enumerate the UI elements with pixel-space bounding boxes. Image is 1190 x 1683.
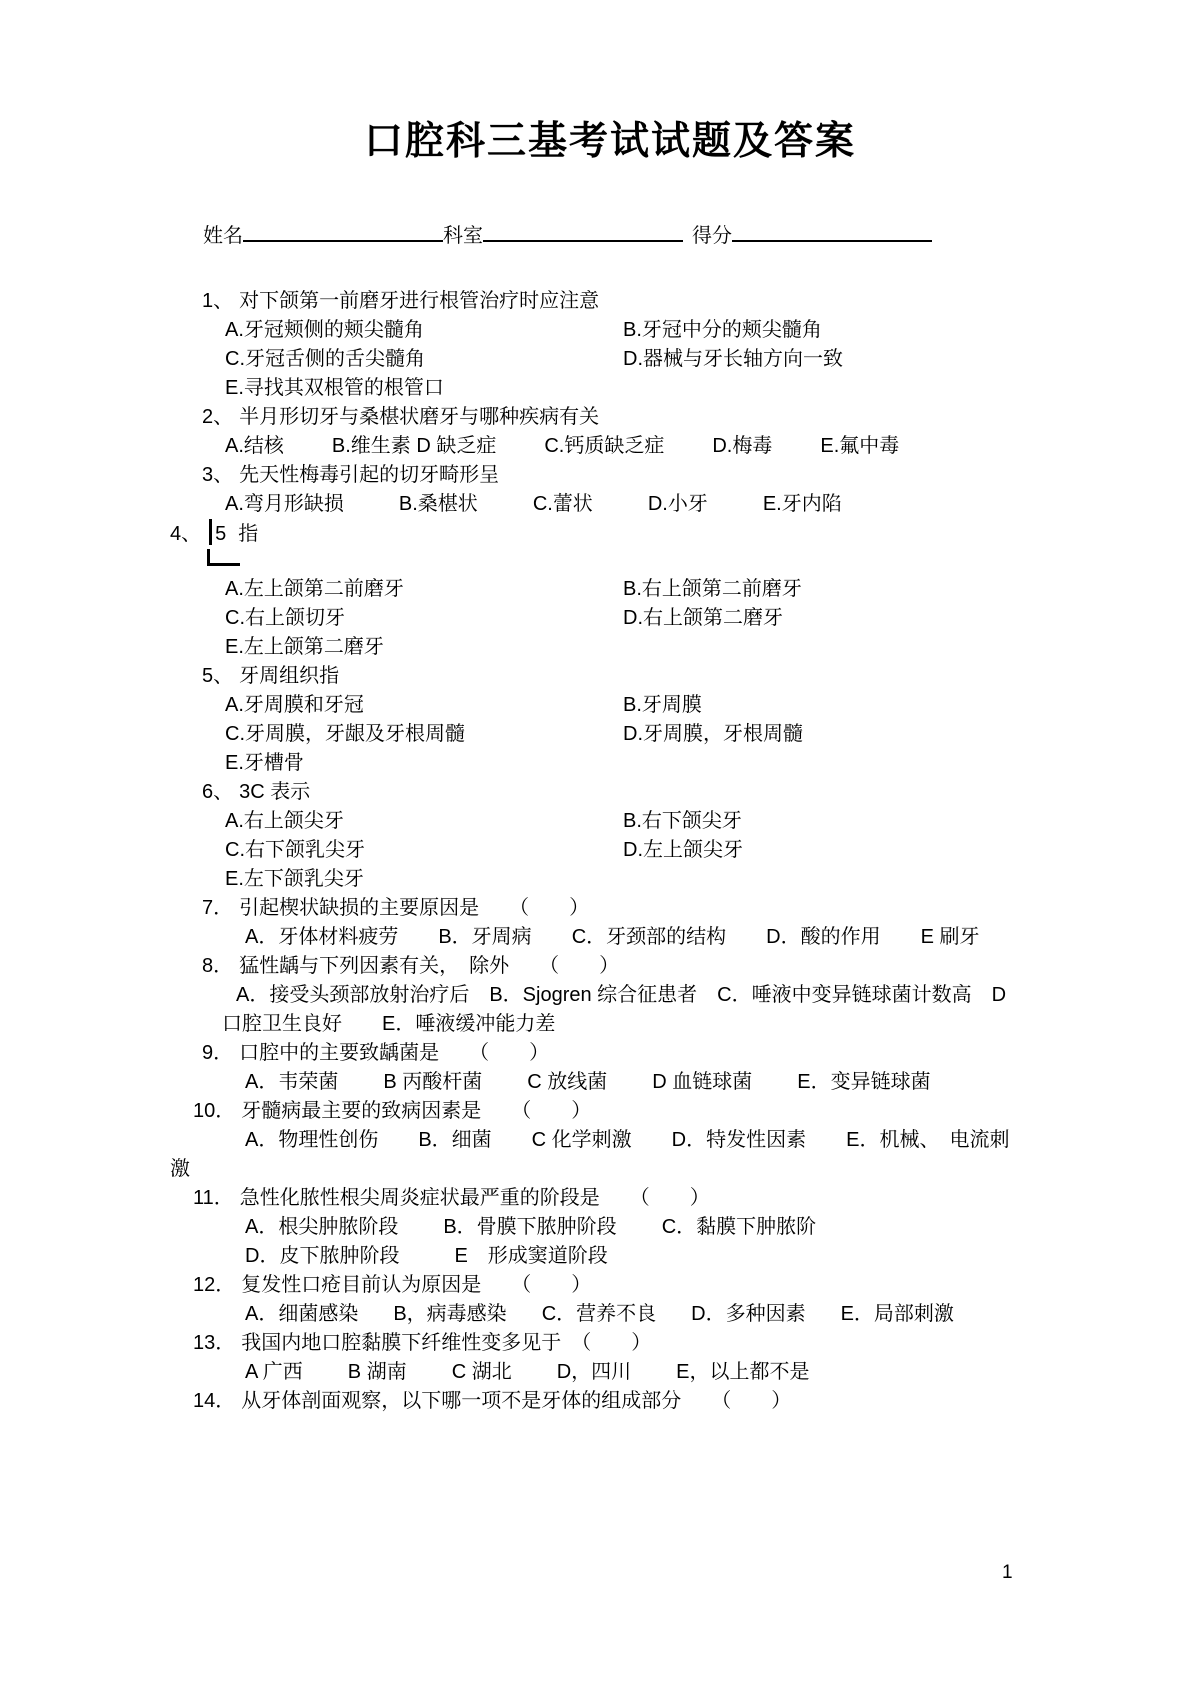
question-number: 6、 [202, 781, 233, 803]
question-13-stem: 13．我国内地口腔黏膜下纤维性变多见于 （ ） [193, 1329, 1050, 1358]
question-number: 13． [193, 1332, 235, 1354]
question-6-stem: 6、3C 表示 [202, 778, 1050, 807]
option-d: D，四川 [557, 1358, 631, 1387]
question-3-options: A.弯月形缺损 B.桑椹状 C.蕾状 D.小牙 E.牙内陷 [225, 490, 1050, 519]
option-e: E.寻找其双根管的根管口 [225, 374, 623, 403]
question-number: 3、 [202, 464, 233, 486]
page-number: 1 [1002, 1562, 1013, 1584]
question-stem-text: 半月形切牙与桑椹状磨牙与哪种疾病有关 [239, 406, 599, 428]
option-a: A．细菌感染 [245, 1300, 358, 1329]
option-a: A.牙周膜和牙冠 [225, 691, 623, 720]
question-number: 10． [193, 1100, 235, 1122]
option-c: C．营养不良 [542, 1300, 656, 1329]
question-6-options: A.右上颌尖牙 B.右下颌尖牙 C.右下颌乳尖牙 D.左上颌尖牙 E.左下颌乳尖… [225, 807, 1050, 894]
option-a: A.结核 [225, 432, 284, 461]
score-blank-line [732, 218, 932, 242]
option-b: B．牙周病 [438, 923, 531, 952]
question-8-options: A．接受头颈部放射治疗后 B．Sjogren 综合征患者 C．唾液中变异链球菌计… [222, 981, 1022, 1039]
option-e: E.牙内陷 [763, 490, 842, 519]
question-number: 2、 [202, 406, 233, 428]
option-c: C.右下颌乳尖牙 [225, 836, 623, 865]
option-e: E．变异链球菌 [797, 1068, 930, 1097]
question-4-stem: 4、5指 [170, 519, 1050, 549]
option-a: A.右上颌尖牙 [225, 807, 623, 836]
exam-document-page: 口腔科三基考试试题及答案 姓名科室得分 1、对下颌第一前磨牙进行根管治疗时应注意… [0, 0, 1190, 1683]
option-e: E，以上都不是 [676, 1358, 809, 1387]
option-a: A．韦荣菌 [245, 1068, 338, 1097]
option-c: C.牙周膜，牙龈及牙根周髓 [225, 720, 623, 749]
score-label: 得分 [692, 225, 732, 247]
question-stem-text: 引起楔状缺损的主要原因是 （ ） [239, 897, 589, 919]
option-e: E 形成窦道阶段 [454, 1242, 607, 1271]
option-a: A．根尖肿脓阶段 [245, 1213, 398, 1242]
option-b: B 丙酸杆菌 [383, 1068, 482, 1097]
question-13-options: A 广西 B 湖南 C 湖北 D，四川 E，以上都不是 [245, 1358, 1050, 1387]
option-a: A.牙冠颊侧的颊尖髓角 [225, 316, 623, 345]
option-e: E.左下颌乳尖牙 [225, 865, 623, 894]
question-2-stem: 2、半月形切牙与桑椹状磨牙与哪种疾病有关 [202, 403, 1050, 432]
question-11-options-line2: D．皮下脓肿阶段 E 形成窦道阶段 [245, 1242, 1050, 1271]
question-stem-text: 3C 表示 [239, 781, 310, 803]
question-stem-text: 指 [238, 523, 258, 545]
tooth-notation: 5 [209, 523, 226, 545]
question-11-stem: 11．急性化脓性根尖周炎症状最严重的阶段是 （ ） [193, 1184, 1050, 1213]
option-c: C 放线菌 [527, 1068, 607, 1097]
option-b: B．骨膜下脓肿阶段 [443, 1213, 616, 1242]
page-content: 口腔科三基考试试题及答案 姓名科室得分 1、对下颌第一前磨牙进行根管治疗时应注意… [0, 0, 1190, 1416]
option-c: C．黏膜下肿脓阶 [662, 1213, 816, 1242]
question-10-options: A．物理性创伤 B．细菌 C 化学刺激 D．特发性因素 E．机械、 电流刺激 [170, 1126, 1018, 1184]
option-e: E 刷牙 [921, 923, 980, 952]
option-b: B.维生素 D 缺乏症 [332, 432, 496, 461]
question-9-options: A．韦荣菌 B 丙酸杆菌 C 放线菌 D 血链球菌 E．变异链球菌 [245, 1068, 1050, 1097]
option-c: C.蕾状 [533, 490, 593, 519]
option-a: A 广西 [245, 1358, 303, 1387]
option-d: D 血链球菌 [652, 1068, 752, 1097]
option-d: D.小牙 [648, 490, 708, 519]
header-fields: 姓名科室得分 [203, 218, 1050, 251]
question-number: 4、 [170, 523, 201, 545]
question-5-stem: 5、牙周组织指 [202, 662, 1050, 691]
option-b: B.牙周膜 [623, 691, 1050, 720]
name-label: 姓名 [203, 225, 243, 247]
question-1-options: A.牙冠颊侧的颊尖髓角 B.牙冠中分的颊尖髓角 C.牙冠舌侧的舌尖髓角 D.器械… [225, 316, 1050, 403]
question-number: 9． [202, 1042, 233, 1064]
option-a: A．牙体材料疲劳 [245, 923, 398, 952]
page-title: 口腔科三基考试试题及答案 [170, 118, 1050, 166]
question-8-stem: 8．猛性龋与下列因素有关， 除外 （ ） [202, 952, 1050, 981]
question-1-stem: 1、对下颌第一前磨牙进行根管治疗时应注意 [202, 287, 1050, 316]
question-number: 7． [202, 897, 233, 919]
question-list: 1、对下颌第一前磨牙进行根管治疗时应注意 A.牙冠颊侧的颊尖髓角 B.牙冠中分的… [170, 287, 1050, 1416]
option-c: C 湖北 [452, 1358, 512, 1387]
option-d: D.右上颌第二磨牙 [623, 604, 1050, 633]
option-d: D.牙周膜，牙根周髓 [623, 720, 1050, 749]
option-b: B.牙冠中分的颊尖髓角 [623, 316, 1050, 345]
question-7-stem: 7．引起楔状缺损的主要原因是 （ ） [202, 894, 1050, 923]
option-b: B.右上颌第二前磨牙 [623, 575, 1050, 604]
question-4-options: A.左上颌第二前磨牙 B.右上颌第二前磨牙 C.右上颌切牙 D.右上颌第二磨牙 … [225, 575, 1050, 662]
question-2-options: A.结核 B.维生素 D 缺乏症 C.钙质缺乏症 D.梅毒 E.氟中毒 [225, 432, 1050, 461]
question-stem-text: 牙髓病最主要的致病因素是 （ ） [241, 1100, 591, 1122]
question-stem-text: 对下颌第一前磨牙进行根管治疗时应注意 [239, 290, 599, 312]
question-number: 11． [193, 1187, 234, 1209]
option-e: E.左上颌第二磨牙 [225, 633, 623, 662]
option-c: C.牙冠舌侧的舌尖髓角 [225, 345, 623, 374]
tooth-notation-digit: 5 [215, 523, 226, 545]
question-14-stem: 14．从牙体剖面观察，以下哪一项不是牙体的组成部分 （ ） [193, 1387, 1050, 1416]
option-a: A.弯月形缺损 [225, 490, 344, 519]
question-stem-text: 我国内地口腔黏膜下纤维性变多见于 （ ） [241, 1332, 651, 1354]
question-3-stem: 3、先天性梅毒引起的切牙畸形呈 [202, 461, 1050, 490]
option-a: A.左上颌第二前磨牙 [225, 575, 623, 604]
option-b: B.桑椹状 [399, 490, 478, 519]
option-d: D.梅毒 [712, 432, 772, 461]
option-e: E.牙槽骨 [225, 749, 623, 778]
question-number: 1、 [202, 290, 233, 312]
option-d: D．皮下脓肿阶段 [245, 1242, 399, 1271]
option-b: B，病毒感染 [393, 1300, 506, 1329]
question-stem-text: 先天性梅毒引起的切牙畸形呈 [239, 464, 499, 486]
question-stem-text: 口腔中的主要致龋菌是 （ ） [239, 1042, 549, 1064]
option-c: C.钙质缺乏症 [544, 432, 664, 461]
question-number: 5、 [202, 665, 233, 687]
question-stem-text: 牙周组织指 [239, 665, 339, 687]
tooth-quadrant-mark [207, 549, 240, 566]
question-12-options: A．细菌感染 B，病毒感染 C．营养不良 D．多种因素 E．局部刺激 [245, 1300, 1050, 1329]
option-c: C．牙颈部的结构 [572, 923, 726, 952]
question-number: 12． [193, 1274, 235, 1296]
question-9-stem: 9．口腔中的主要致龋菌是 （ ） [202, 1039, 1050, 1068]
question-7-options: A．牙体材料疲劳 B．牙周病 C．牙颈部的结构 D．酸的作用 E 刷牙 [245, 923, 1050, 952]
question-stem-text: 复发性口疮目前认为原因是 （ ） [241, 1274, 591, 1296]
dept-blank-line [483, 218, 683, 242]
option-d: D.器械与牙长轴方向一致 [623, 345, 1050, 374]
question-5-options: A.牙周膜和牙冠 B.牙周膜 C.牙周膜，牙龈及牙根周髓 D.牙周膜，牙根周髓 … [225, 691, 1050, 778]
option-b: B 湖南 [348, 1358, 407, 1387]
option-d: D．酸的作用 [766, 923, 880, 952]
option-d: D．多种因素 [691, 1300, 805, 1329]
name-blank-line [243, 218, 443, 242]
option-e: E．局部刺激 [841, 1300, 954, 1329]
question-11-options-line1: A．根尖肿脓阶段 B．骨膜下脓肿阶段 C．黏膜下肿脓阶 [245, 1213, 1050, 1242]
option-c: C.右上颌切牙 [225, 604, 623, 633]
question-12-stem: 12．复发性口疮目前认为原因是 （ ） [193, 1271, 1050, 1300]
question-number: 8． [202, 955, 233, 977]
question-stem-text: 从牙体剖面观察，以下哪一项不是牙体的组成部分 （ ） [241, 1390, 791, 1412]
option-b: B.右下颌尖牙 [623, 807, 1050, 836]
option-e: E.氟中毒 [820, 432, 899, 461]
question-stem-text: 急性化脓性根尖周炎症状最严重的阶段是 （ ） [240, 1187, 710, 1209]
question-stem-text: 猛性龋与下列因素有关， 除外 （ ） [239, 955, 619, 977]
question-number: 14． [193, 1390, 235, 1412]
tooth-notation-bar [209, 519, 212, 545]
dept-label: 科室 [443, 225, 483, 247]
option-d: D.左上颌尖牙 [623, 836, 1050, 865]
question-10-stem: 10．牙髓病最主要的致病因素是 （ ） [193, 1097, 1050, 1126]
tooth-quadrant-line [170, 549, 1050, 575]
